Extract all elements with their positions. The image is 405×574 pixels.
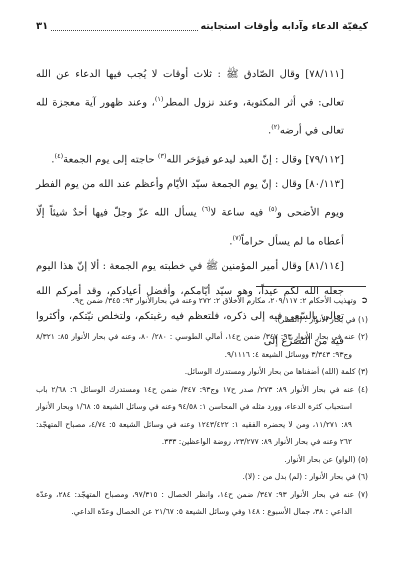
footnote-7: (٧) عنه في بحار الأنوار ٩٣: ٣٤٧/ ضمن ح١٤… [36, 486, 368, 521]
footnote-ref-5[interactable]: (٥) [268, 205, 277, 213]
footnote-ref-7[interactable]: (٧) [233, 234, 242, 242]
footnote-text: عنه في بحار الأنوار ٩٣: ٣٤٧/ ضمن ح١٤، أم… [36, 332, 355, 359]
footnotes: ➲وتهذيب الأحكام ٢: ٢٠٩/١١٧، مكارم الأخلا… [36, 292, 368, 521]
footnote-number: (٣) [358, 367, 368, 376]
footnote-ref-3[interactable]: (٣) [158, 152, 167, 160]
footnote-text: (الواو) عن بحار الأنوار. [284, 455, 355, 464]
footnote-ref-4[interactable]: (٤) [55, 152, 64, 160]
book-page: كيفيّة الدعاء وآدابه وأوقات استجابته ٣١ … [0, 0, 405, 574]
footnote-separator [256, 286, 366, 287]
hadith-text: [٧٩/١١٢] وقال : إنّ العبد ليدعو فيؤخر ال… [167, 154, 345, 165]
footnote-1: (١) في بحار الأنوار : (القطر). [36, 311, 368, 329]
footnote-text: عنه في بحار الأنوار ٨٩: ٢٧٣/ صدر ح١٧ وج٩… [36, 385, 354, 447]
chapter-title: كيفيّة الدعاء وآدابه وأوقات استجابته [201, 21, 368, 32]
hadith-79: [٧٩/١١٢] وقال : إنّ العبد ليدعو فيؤخر ال… [36, 144, 368, 172]
footnote-number: (١) [358, 315, 368, 324]
footnote-text: في بحار الأنوار : (لم) بدل من : (لا). [242, 472, 355, 481]
hadith-text: فيه ساعة لا [211, 208, 269, 219]
page-number: ٣١ [36, 21, 48, 32]
footnote-5: (٥) (الواو) عن بحار الأنوار. [36, 451, 368, 469]
hadith-text: حاجته إلى يوم الجمعة [63, 154, 158, 165]
footnote-text: في بحار الأنوار : (القطر). [275, 315, 355, 324]
footnote-number: (٥) [358, 455, 368, 464]
footnote-6: (٦) في بحار الأنوار : (لم) بدل من : (لا)… [36, 468, 368, 486]
footnote-number: (٧) [358, 490, 368, 499]
continuation-arrow-icon: ➲ [360, 296, 368, 306]
footnote-ref-6[interactable]: (٦) [202, 205, 211, 213]
footnote-text: عنه في بحار الأنوار ٩٣: ٣٤٧/ ضمن ح١٤، وا… [36, 490, 354, 517]
footnote-text: كلمة (الله) أضفناها من بحار الأنوار ومست… [185, 367, 356, 376]
footnote-number: (٢) [358, 332, 368, 341]
footnote-text: وتهذيب الأحكام ٢: ٢٠٩/١١٧، مكارم الأخلاق… [73, 296, 357, 305]
footnote-3: (٣) كلمة (الله) أضفناها من بحار الأنوار … [36, 363, 368, 381]
footnote-4: (٤) عنه في بحار الأنوار ٨٩: ٢٧٣/ صدر ح١٧… [36, 381, 368, 451]
footnote-ref-2[interactable]: (٢) [271, 123, 280, 131]
running-header: كيفيّة الدعاء وآدابه وأوقات استجابته ٣١ [36, 18, 368, 34]
footnote-carry-over: ➲وتهذيب الأحكام ٢: ٢٠٩/١١٧، مكارم الأخلا… [36, 292, 368, 311]
hadith-78: [٧٨/١١١] وقال الصّادق ﷺ : ثلاث أوقات لا … [36, 62, 368, 144]
leader-dots [51, 22, 197, 31]
footnote-number: (٦) [358, 472, 368, 481]
footnote-number: (٤) [358, 385, 368, 394]
hadith-80: [٨٠/١١٣] وقال : إنّ يوم الجمعة سيّد الأي… [36, 172, 368, 254]
footnote-2: (٢) عنه في بحار الأنوار ٩٣: ٣٤٧/ ضمن ح١٤… [36, 328, 368, 363]
